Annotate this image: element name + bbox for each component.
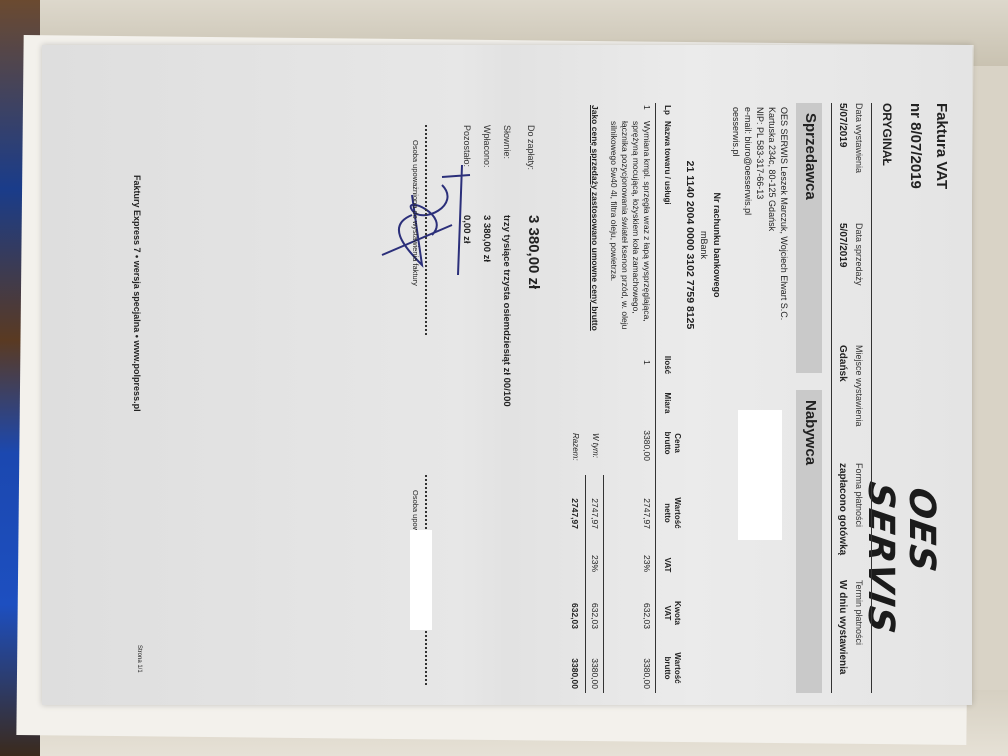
buyer-details-redacted xyxy=(738,410,782,540)
col-header-unit: Miara xyxy=(662,385,672,421)
col-header-qty: Ilość xyxy=(662,350,672,380)
issuer-label: Osoba upoważniona do wystawienia faktury xyxy=(411,140,420,286)
col-header-vat: VAT xyxy=(662,550,672,580)
item-qty: 1 xyxy=(642,360,652,365)
bank-info: Nr rachunku bankowego mBank 21 1140 2004… xyxy=(684,135,722,355)
invoice-title: Faktura VAT xyxy=(933,103,950,189)
item-price-gross: 3380,00 xyxy=(642,417,652,461)
summary-in-net: 2747,97 xyxy=(590,485,600,529)
field-issue-date: Data wystawienia 5/07/2019 xyxy=(837,103,864,173)
summary-total-net: 2747,97 xyxy=(570,485,580,529)
price-note: Jako cenę sprzedaży zastosowano umowne c… xyxy=(590,105,600,331)
copy-label: ORYGINAŁ xyxy=(880,103,894,166)
summary-total-vat-amount: 632,03 xyxy=(570,585,580,629)
col-header-net: Wartość netto xyxy=(662,493,682,533)
col-header-lp: Lp xyxy=(662,103,672,117)
summary-in-vat-rate: 23% xyxy=(590,555,600,572)
summary-in-label: W tym: xyxy=(591,433,600,458)
item-net: 2747,97 xyxy=(642,485,652,529)
summary-total-gross: 3380,00 xyxy=(570,645,580,689)
table-header-divider xyxy=(655,103,656,693)
company-logo: OES SERVIS xyxy=(860,479,942,705)
footer-software: Faktury Express 7 • wersja specjalna • w… xyxy=(132,175,142,412)
amount-in-words: trzy tysiące trzysta osiemdziesiąt zł 00… xyxy=(501,215,512,407)
divider xyxy=(831,103,832,693)
issuer-signature-line xyxy=(425,125,427,335)
receiver-name-redacted xyxy=(410,530,432,630)
item-gross: 3380,00 xyxy=(642,645,652,689)
invoice-number: nr 8/07/2019 xyxy=(907,103,924,189)
field-payment-method: Forma płatności zapłacono gotówką xyxy=(837,463,864,555)
item-description: Wymiana kmpl. sprzęgła wraz z łapą wyspr… xyxy=(608,121,652,351)
field-place: Miejsce wystawienia Gdańsk xyxy=(837,345,864,427)
summary-in-gross: 3380,00 xyxy=(590,645,600,689)
amount-due: 3 380,00 zł xyxy=(525,215,542,289)
buyer-heading: Nabywca xyxy=(796,390,822,693)
col-header-vat-amount: Kwota VAT xyxy=(662,593,682,633)
col-header-name: Nazwa towaru / usługi xyxy=(662,121,672,205)
col-header-price-gross: Cena brutto xyxy=(662,423,682,463)
seller-heading: Sprzedawca xyxy=(796,103,822,373)
summary-total-label: Razem: xyxy=(571,433,580,461)
summary-in-vat-amount: 632,03 xyxy=(590,585,600,629)
divider xyxy=(871,103,872,693)
field-payment-due: Termin płatności W dniu wystawienia xyxy=(837,580,864,674)
amount-paid: 3 380,00 zł xyxy=(481,215,492,262)
field-sale-date: Data sprzedaży 5/07/2019 xyxy=(837,223,864,286)
seller-details: OES SERWIS Leszek Marczuk, Wojciech Elwa… xyxy=(730,107,790,320)
invoice-document: Faktura VAT nr 8/07/2019 ORYGINAŁ OES SE… xyxy=(42,45,972,705)
signature xyxy=(372,155,482,285)
footer-page: Strona 1/1 xyxy=(136,645,142,673)
col-header-gross: Wartość brutto xyxy=(662,645,682,691)
invoice-paper: Faktura VAT nr 8/07/2019 ORYGINAŁ OES SE… xyxy=(42,45,972,705)
item-vat-amount: 632,03 xyxy=(642,585,652,629)
item-vat-rate: 23% xyxy=(642,555,652,572)
